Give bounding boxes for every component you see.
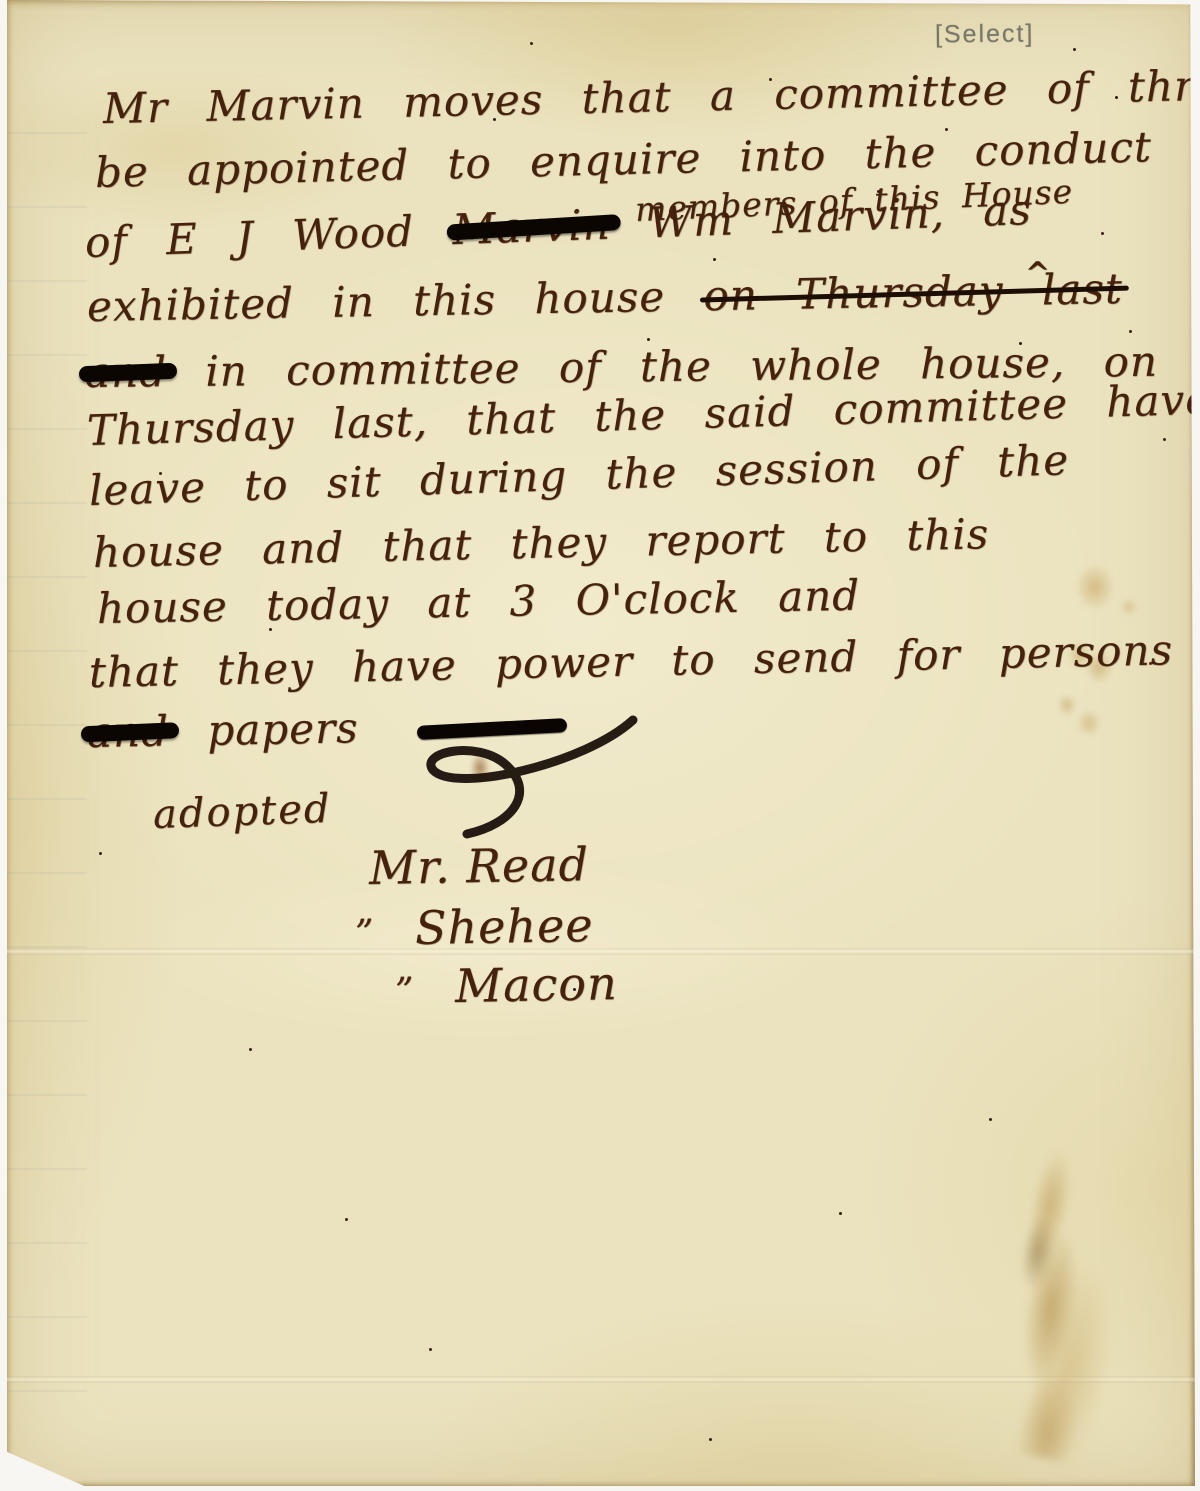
handwriting-text: Mr Marvin moves that a committee of thre… [102, 60, 1200, 133]
insertion-caret-mark: ^ [1025, 256, 1050, 291]
manuscript-line: exhibited in this house on Thursday last [87, 264, 1124, 331]
manuscript-line: that they have power to send for persons [88, 625, 1173, 697]
ditto-mark [309, 884, 343, 885]
signature-row: ”Shehee [355, 898, 594, 956]
handwriting-text: that they have power to send for persons [88, 625, 1173, 697]
handwriting-text: house today at 3 O'clock and [97, 571, 861, 633]
ditto-mark: ” [355, 912, 390, 954]
handwriting-text: papers [169, 703, 398, 756]
signatory-name: Shehee [415, 898, 594, 955]
ditto-mark: ” [395, 970, 430, 1012]
adopted-note: adopted [152, 786, 332, 838]
manuscript-ink-layer: Mr Marvin moves that a committee of thre… [7, 0, 1195, 1486]
manuscript-line: house today at 3 O'clock and [97, 571, 861, 633]
struck-text: on Thursday last [703, 264, 1123, 320]
paper-sheet: [Select] Mr Marvin moves that a committe… [7, 0, 1195, 1486]
signatory-name: Macon [455, 956, 619, 1013]
signature-row: ”Macon [395, 956, 619, 1014]
manuscript-line: Mr Marvin moves that a committee of thre… [102, 60, 1200, 133]
signature-row: Mr. Read [309, 837, 590, 896]
signatory-name: Mr. Read [369, 837, 590, 895]
blotted-out-text: and [85, 347, 167, 397]
handwriting-text: exhibited in this house [87, 271, 704, 331]
handwriting-text: house and that they report to this [92, 509, 989, 577]
blotted-out-text: Marvin [451, 200, 611, 254]
handwriting-text: of E J Wood [84, 205, 453, 267]
blotted-out-text: and [87, 707, 170, 757]
flourish-scribble [385, 712, 655, 847]
manuscript-line: house and that they report to this [92, 509, 989, 577]
